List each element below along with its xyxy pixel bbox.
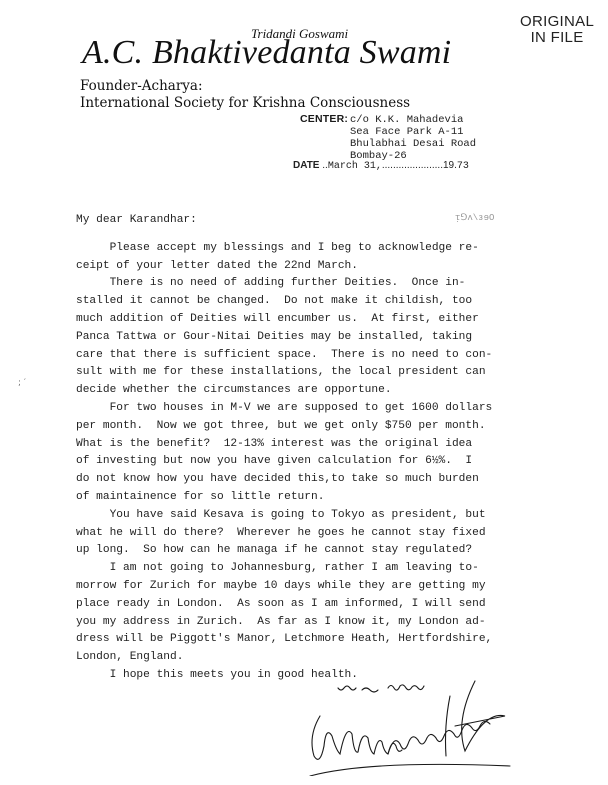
sender-role: Founder-Acharya: — [80, 78, 203, 94]
salutation: My dear Karandhar: — [76, 212, 596, 230]
organization-name: International Society for Krishna Consci… — [80, 95, 410, 111]
address-line: Bhulabhai Desai Road — [350, 138, 476, 150]
stamp-line-1: ORIGINAL — [520, 14, 594, 30]
signature-icon — [300, 676, 590, 776]
text-line: For two houses in M-V we are supposed to… — [76, 400, 596, 418]
sender-name: A.C. Bhaktivedanta Swami — [82, 35, 451, 71]
text-line: you my address in Zurich. As far as I kn… — [76, 614, 596, 632]
text-line: Panca Tattwa or Gour-Nitai Deities may b… — [76, 329, 596, 347]
text-line: much addition of Deities will encumber u… — [76, 311, 596, 329]
letter-body: My dear Karandhar: Please accept my bles… — [76, 212, 596, 685]
text-line: up long. So how can he managa if he cann… — [76, 542, 596, 560]
text-line: care that there is sufficient space. The… — [76, 347, 596, 365]
text-line: sult with me for these installations, th… — [76, 364, 596, 382]
text-line: There is no need of adding further Deiti… — [76, 275, 596, 293]
text-line: of investing but now you have given calc… — [76, 453, 596, 471]
text-line: Please accept my blessings and I beg to … — [76, 240, 596, 258]
paragraph: You have said Kesava is going to Tokyo a… — [76, 507, 596, 560]
text-line: per month. Now we got three, but we get … — [76, 418, 596, 436]
text-line: stalled it cannot be changed. Do not mak… — [76, 293, 596, 311]
center-label: CENTER: — [300, 113, 348, 125]
date-label: DATE — [293, 160, 319, 171]
text-line: I am not going to Johannesburg, rather I… — [76, 560, 596, 578]
text-line: London, England. — [76, 649, 596, 667]
text-line: place ready in London. As soon as I am i… — [76, 596, 596, 614]
year-prefix: 19 — [443, 160, 454, 171]
paragraph: For two houses in M-V we are supposed to… — [76, 400, 596, 507]
handwritten-signature — [300, 676, 590, 776]
margin-mark: ; ′ — [18, 378, 26, 388]
text-line: what he will do there? Wherever he goes … — [76, 525, 596, 543]
text-line: do not know how you have decided this,to… — [76, 471, 596, 489]
text-line: of maintainence for so little return. — [76, 489, 596, 507]
date-value: March 31, — [328, 161, 382, 172]
date-row: DATE ..March 31,......................19… — [293, 160, 469, 172]
paragraph: I am not going to Johannesburg, rather I… — [76, 560, 596, 667]
address-line: c/o K.K. Mahadevia — [350, 114, 463, 126]
date-dots: ...................... — [382, 160, 443, 171]
text-line: What is the benefit? 12-13% interest was… — [76, 436, 596, 454]
paragraph: There is no need of adding further Deiti… — [76, 275, 596, 400]
original-in-file-stamp: ORIGINAL IN FILE — [520, 14, 594, 46]
year-suffix: 73 — [457, 161, 469, 172]
text-line: decide whether the circumstances are opp… — [76, 382, 596, 400]
text-line: ceipt of your letter dated the 22nd Marc… — [76, 258, 596, 276]
text-line: morrow for Zurich for maybe 10 days whil… — [76, 578, 596, 596]
text-line: dress will be Piggott's Manor, Letchmore… — [76, 631, 596, 649]
stamp-line-2: IN FILE — [520, 30, 594, 46]
address-line: Sea Face Park A-11 — [350, 126, 463, 138]
text-line: You have said Kesava is going to Tokyo a… — [76, 507, 596, 525]
paragraph: Please accept my blessings and I beg to … — [76, 240, 596, 276]
